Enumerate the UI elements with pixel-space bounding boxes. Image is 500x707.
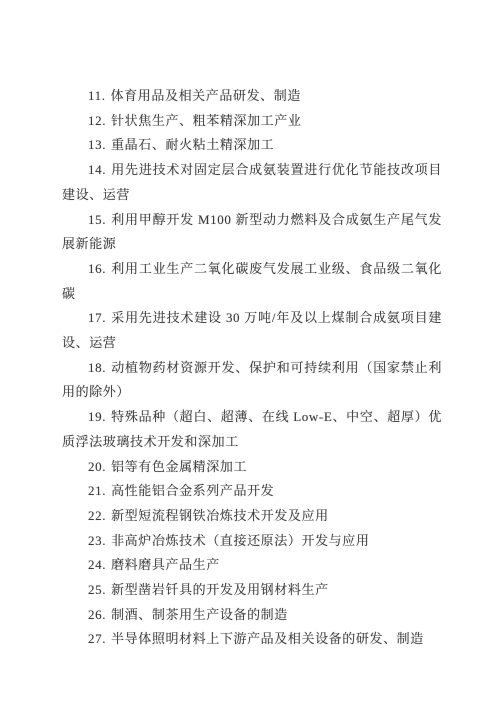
list-item: 22.新型短流程钢铁冶炼技术开发及应用: [62, 504, 442, 529]
item-text: 利用工业生产二氧化碳废气发展工业级、食品级二氧化碳: [62, 261, 442, 301]
item-number: 18.: [88, 360, 106, 375]
text-content: 11.体育用品及相关产品研发、制造 12.针状焦生产、粗苯精深加工产业 13.重…: [62, 84, 442, 652]
item-number: 25.: [88, 582, 106, 597]
item-number: 19.: [88, 409, 106, 424]
list-item: 14.用先进技术对固定层合成氨装置进行优化节能技改项目建设、运营: [62, 158, 442, 207]
item-number: 26.: [88, 607, 106, 622]
item-number: 20.: [88, 459, 106, 474]
list-item: 19.特殊品种（超白、超薄、在线 Low-E、中空、超厚）优质浮法玻璃技术开发和…: [62, 405, 442, 454]
list-item: 11.体育用品及相关产品研发、制造: [62, 84, 442, 109]
item-number: 15.: [88, 212, 106, 227]
item-number: 17.: [88, 310, 106, 325]
list-item: 20.铝等有色金属精深加工: [62, 455, 442, 480]
item-text: 针状焦生产、粗苯精深加工产业: [111, 113, 301, 128]
item-text: 高性能铝合金系列产品开发: [111, 483, 274, 498]
list-item: 24.磨料磨具产品生产: [62, 553, 442, 578]
item-text: 新型短流程钢铁冶炼技术开发及应用: [111, 508, 329, 523]
list-item: 25.新型凿岩钎具的开发及用钢材料生产: [62, 578, 442, 603]
item-text: 制酒、制茶用生产设备的制造: [111, 607, 288, 622]
item-text: 重晶石、耐火粘土精深加工: [111, 137, 274, 152]
item-text: 磨料磨具产品生产: [111, 557, 220, 572]
item-text: 动植物药材资源开发、保护和可持续利用（国家禁止利用的除外）: [62, 360, 442, 400]
item-number: 22.: [88, 508, 106, 523]
list-item: 18.动植物药材资源开发、保护和可持续利用（国家禁止利用的除外）: [62, 356, 442, 405]
list-item: 13.重晶石、耐火粘土精深加工: [62, 133, 442, 158]
list-item: 17.采用先进技术建设 30 万吨/年及以上煤制合成氨项目建设、运营: [62, 306, 442, 355]
list-item: 16.利用工业生产二氧化碳废气发展工业级、食品级二氧化碳: [62, 257, 442, 306]
item-number: 13.: [88, 137, 106, 152]
list-item: 26.制酒、制茶用生产设备的制造: [62, 603, 442, 628]
item-number: 21.: [88, 483, 106, 498]
item-text: 半导体照明材料上下游产品及相关设备的研发、制造: [111, 631, 424, 646]
item-text: 特殊品种（超白、超薄、在线 Low-E、中空、超厚）优质浮法玻璃技术开发和深加工: [62, 409, 442, 449]
item-text: 铝等有色金属精深加工: [111, 459, 247, 474]
item-text: 用先进技术对固定层合成氨装置进行优化节能技改项目建设、运营: [62, 162, 442, 202]
item-number: 12.: [88, 113, 106, 128]
list-item: 12.针状焦生产、粗苯精深加工产业: [62, 109, 442, 134]
item-text: 采用先进技术建设 30 万吨/年及以上煤制合成氨项目建设、运营: [62, 310, 442, 350]
list-item: 23.非高炉冶炼技术（直接还原法）开发与应用: [62, 529, 442, 554]
item-number: 11.: [88, 88, 106, 103]
item-text: 非高炉冶炼技术（直接还原法）开发与应用: [111, 533, 369, 548]
item-text: 体育用品及相关产品研发、制造: [111, 88, 301, 103]
item-number: 24.: [88, 557, 106, 572]
item-number: 14.: [88, 162, 106, 177]
document-page: 11.体育用品及相关产品研发、制造 12.针状焦生产、粗苯精深加工产业 13.重…: [0, 0, 500, 707]
list-item: 15.利用甲醇开发 M100 新型动力燃料及合成氨生产尾气发展新能源: [62, 208, 442, 257]
list-item: 21.高性能铝合金系列产品开发: [62, 479, 442, 504]
list-item: 27.半导体照明材料上下游产品及相关设备的研发、制造: [62, 627, 442, 652]
item-number: 23.: [88, 533, 106, 548]
item-text: 新型凿岩钎具的开发及用钢材料生产: [111, 582, 329, 597]
item-number: 16.: [88, 261, 106, 276]
item-text: 利用甲醇开发 M100 新型动力燃料及合成氨生产尾气发展新能源: [62, 212, 442, 252]
item-number: 27.: [88, 631, 106, 646]
